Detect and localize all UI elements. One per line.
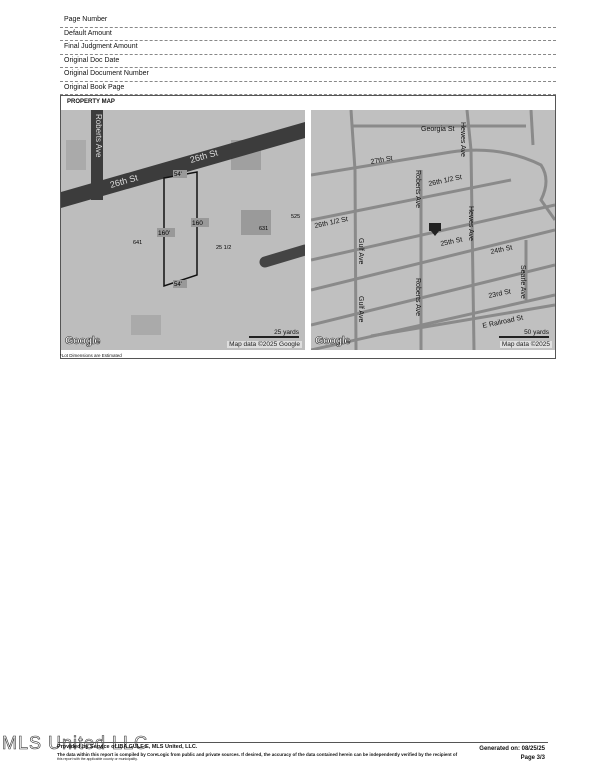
svg-text:54': 54' [174, 282, 182, 288]
footer-meta: Generated on: 08/25/25 Page 3/3 [479, 745, 545, 763]
svg-text:Hewes Ave: Hewes Ave [459, 122, 466, 157]
google-logo: Google [65, 335, 100, 347]
map-attribution[interactable]: Map data ©2025 [500, 341, 552, 348]
field-original-book-page: Original Book Page [60, 82, 556, 96]
svg-text:525: 525 [291, 214, 300, 220]
svg-text:Hewes Ave: Hewes Ave [467, 206, 474, 241]
svg-text:Searle Ave: Searle Ave [519, 265, 526, 299]
powered-by: Provided by Service of IBA GULF E, MLS U… [57, 744, 447, 750]
svg-text:Gulf Ave: Gulf Ave [357, 238, 364, 264]
svg-text:160: 160 [192, 220, 203, 227]
parcel-map[interactable]: Roberts Ave 26th St 26th St 54' 160' 160… [61, 110, 305, 350]
svg-text:160': 160' [158, 230, 170, 237]
svg-text:Roberts Ave: Roberts Ave [414, 278, 421, 316]
section-title: PROPERTY MAP [61, 96, 555, 110]
disclaimer-text-2: this report with the applicable county o… [57, 757, 447, 761]
field-original-doc-date: Original Doc Date [60, 55, 556, 69]
field-label: Final Judgment Amount [64, 43, 138, 50]
parcel-map-graphic: Roberts Ave 26th St 26th St 54' 160' 160… [61, 110, 305, 350]
location-map[interactable]: Georgia St 27th St 26th 1/2 St 26th 1/2 … [311, 110, 555, 350]
map-attribution[interactable]: Map data ©2025 Google [227, 341, 302, 348]
svg-text:Georgia St: Georgia St [421, 126, 455, 133]
svg-text:Roberts Ave: Roberts Ave [94, 114, 103, 158]
svg-text:Gulf Ave: Gulf Ave [357, 296, 364, 322]
property-fields: Page Number Default Amount Final Judgmen… [60, 14, 556, 95]
field-label: Original Doc Date [64, 57, 119, 64]
svg-text:641: 641 [133, 240, 142, 246]
svg-text:Roberts Ave: Roberts Ave [414, 170, 421, 208]
field-page-number: Page Number [60, 14, 556, 28]
page-indicator: Page 3/3 [479, 754, 545, 763]
field-default-amount: Default Amount [60, 28, 556, 42]
footer-divider [58, 742, 548, 743]
map-scale: 50 yards [499, 329, 549, 338]
svg-text:25 1/2: 25 1/2 [216, 245, 231, 251]
field-label: Original Document Number [64, 70, 149, 77]
svg-text:631: 631 [259, 226, 268, 232]
property-map-section: PROPERTY MAP Roberts Ave 26th St 26th St… [60, 95, 556, 359]
svg-text:54': 54' [174, 172, 182, 178]
field-final-judgment-amount: Final Judgment Amount [60, 41, 556, 55]
field-label: Default Amount [64, 30, 112, 37]
lot-dimensions-note: *Lot Dimensions are Estimated [60, 353, 122, 358]
google-logo: Google [315, 335, 350, 347]
footer-disclaimer: Provided by Service of IBA GULF E, MLS U… [57, 744, 447, 761]
generated-date: Generated on: 08/25/25 [479, 745, 545, 754]
field-label: Original Book Page [64, 84, 124, 91]
map-scale: 25 yards [249, 329, 299, 338]
location-map-graphic: Georgia St 27th St 26th 1/2 St 26th 1/2 … [311, 110, 555, 350]
field-label: Page Number [64, 16, 107, 23]
field-original-document-number: Original Document Number [60, 68, 556, 82]
